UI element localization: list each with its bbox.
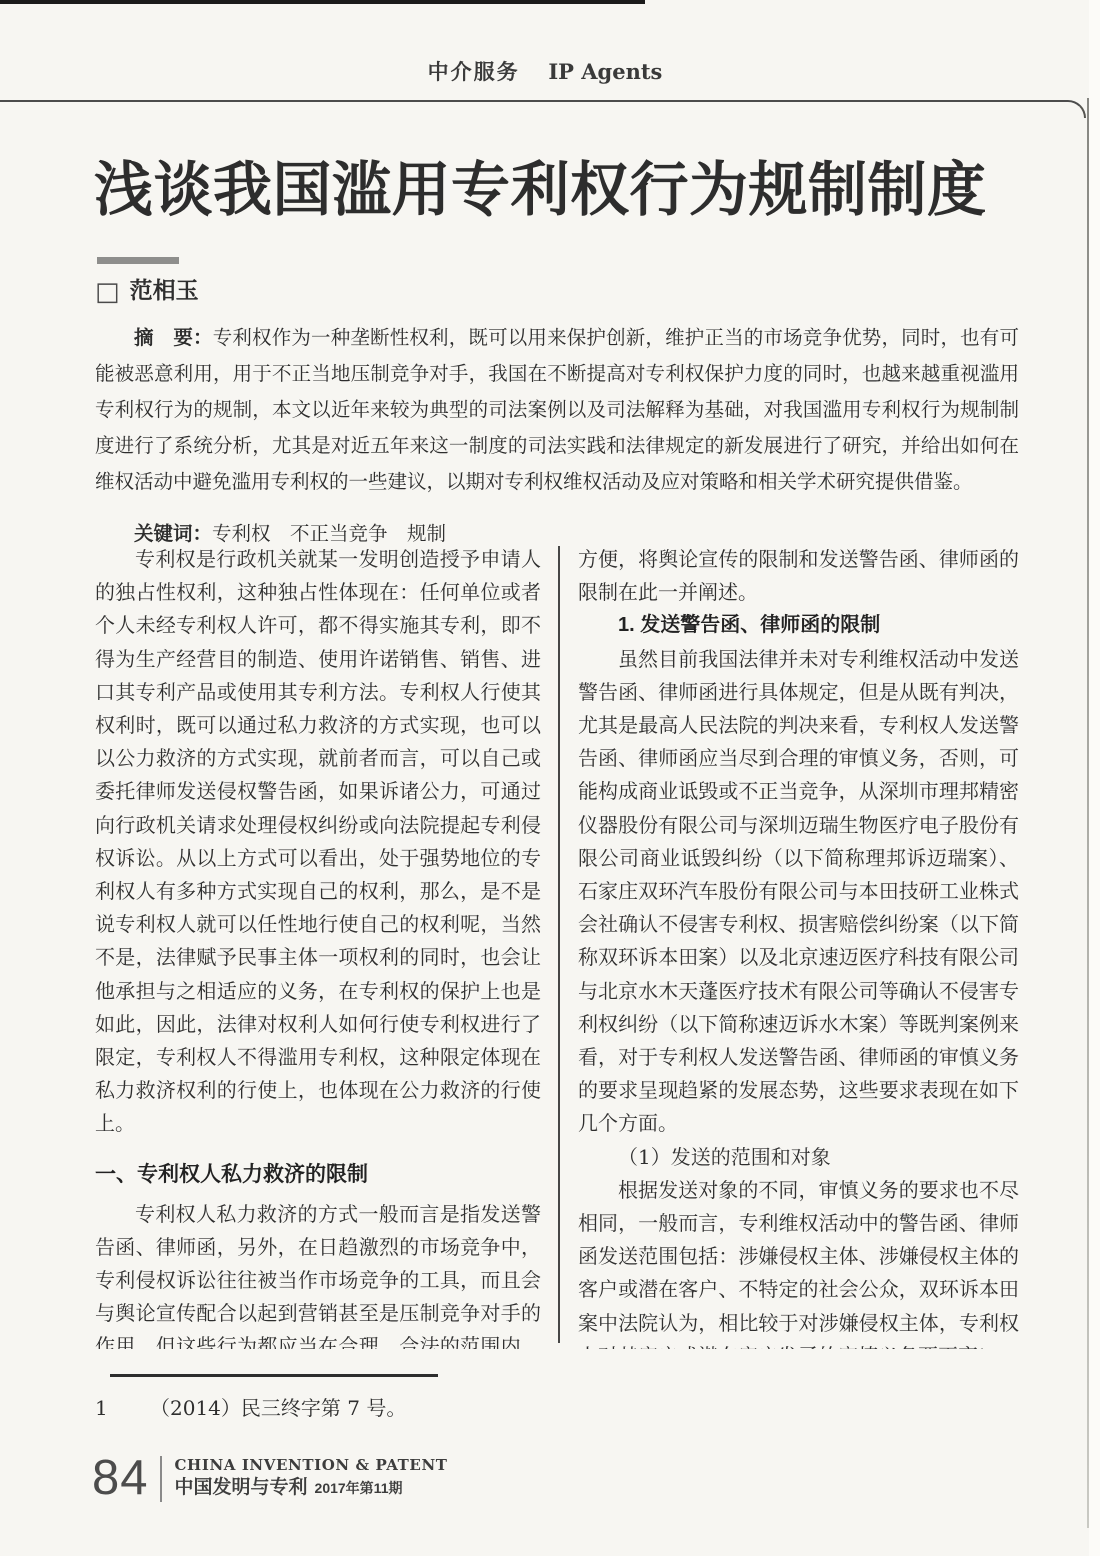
body-paragraph: 虽然目前我国法律并未对专利维权活动中发送警告函、律师函进行具体规定，但是从既有判… [578,643,1019,1141]
abstract-block: 摘 要：专利权作为一种垄断性权利，既可以用来保护创新，维护正当的市场竞争优势，同… [95,320,1019,552]
scan-edge-top [0,0,645,4]
header-section-cn: 中介服务 [428,61,520,84]
scan-edge-right-shadow [1087,98,1089,1528]
journal-page: 中介服务 IP Agents 浅谈我国滥用专利权行为规制制度 □范相玉 摘 要：… [0,0,1100,1556]
footnote-text: （2014）民三终字第 7 号。 [150,1396,406,1420]
footnote-number: 1 [95,1396,150,1420]
page-footer: 84 CHINA INVENTION & PATENT 中国发明与专利2017年… [92,1454,448,1503]
column-gutter [541,543,578,1349]
section-heading-1: 一、专利权人私力救济的限制 [95,1158,541,1191]
body-paragraph: 方便，将舆论宣传的限制和发送警告函、律师函的限制在此一并阐述。 [578,543,1019,609]
keywords-label: 关键词： [134,523,212,545]
header-rule [0,100,1066,102]
subsection-heading-1: 1. 发送警告函、律师函的限制 [578,609,1019,642]
author-accent-bar [97,257,179,264]
journal-name-en: CHINA INVENTION & PATENT [175,1456,448,1476]
footnote-separator-rule [110,1374,438,1377]
footnote: 1（2014）民三终字第 7 号。 [95,1392,406,1421]
author-marker-icon: □ [95,281,120,304]
page-number: 84 [92,1454,149,1503]
author-line: □范相玉 [95,272,199,305]
abstract-text: 专利权作为一种垄断性权利，既可以用来保护创新，维护正当的市场竞争优势，同时，也有… [95,326,1019,493]
left-column: 专利权是行政机关就某一发明创造授予申请人的独占性权利，这种独占性体现在：任何单位… [95,543,541,1349]
article-title: 浅谈我国滥用专利权行为规制制度 [94,142,1024,227]
body-paragraph: 根据发送对象的不同，审慎义务的要求也不尽相同，一般而言，专利维权活动中的警告函、… [578,1174,1019,1349]
header-section-en: IP Agents [548,59,662,84]
abstract-paragraph: 摘 要：专利权作为一种垄断性权利，既可以用来保护创新，维护正当的市场竞争优势，同… [95,320,1019,500]
journal-name-cn: 中国发明与专利2017年第11期 [175,1476,448,1501]
body-paragraph: 专利权是行政机关就某一发明创造授予申请人的独占性权利，这种独占性体现在：任何单位… [95,543,541,1141]
keywords-text: 专利权 不正当竞争 规制 [212,522,446,545]
abstract-label: 摘 要： [134,327,213,349]
body-columns: 专利权是行政机关就某一发明创造授予申请人的独占性权利，这种独占性体现在：任何单位… [95,543,1019,1349]
author-name: 范相玉 [130,277,199,303]
footer-divider-bar [160,1456,162,1502]
body-paragraph: 专利权人私力救济的方式一般而言是指发送警告函、律师函，另外，在日趋激烈的市场竞争… [95,1198,541,1349]
journal-cn-text: 中国发明与专利 [175,1477,308,1498]
right-column: 方便，将舆论宣传的限制和发送警告函、律师函的限制在此一并阐述。 1. 发送警告函… [578,543,1019,1349]
journal-identity: CHINA INVENTION & PATENT 中国发明与专利2017年第11… [175,1456,448,1500]
header-rule-curve [1056,100,1086,118]
page-header: 中介服务 IP Agents [0,56,1090,86]
scan-edge-right-highlight [1089,0,1100,1556]
subsection-heading-2: （1）发送的范围和对象 [578,1141,1019,1174]
column-divider-rule [558,546,560,1343]
journal-issue: 2017年第11期 [315,1480,403,1496]
